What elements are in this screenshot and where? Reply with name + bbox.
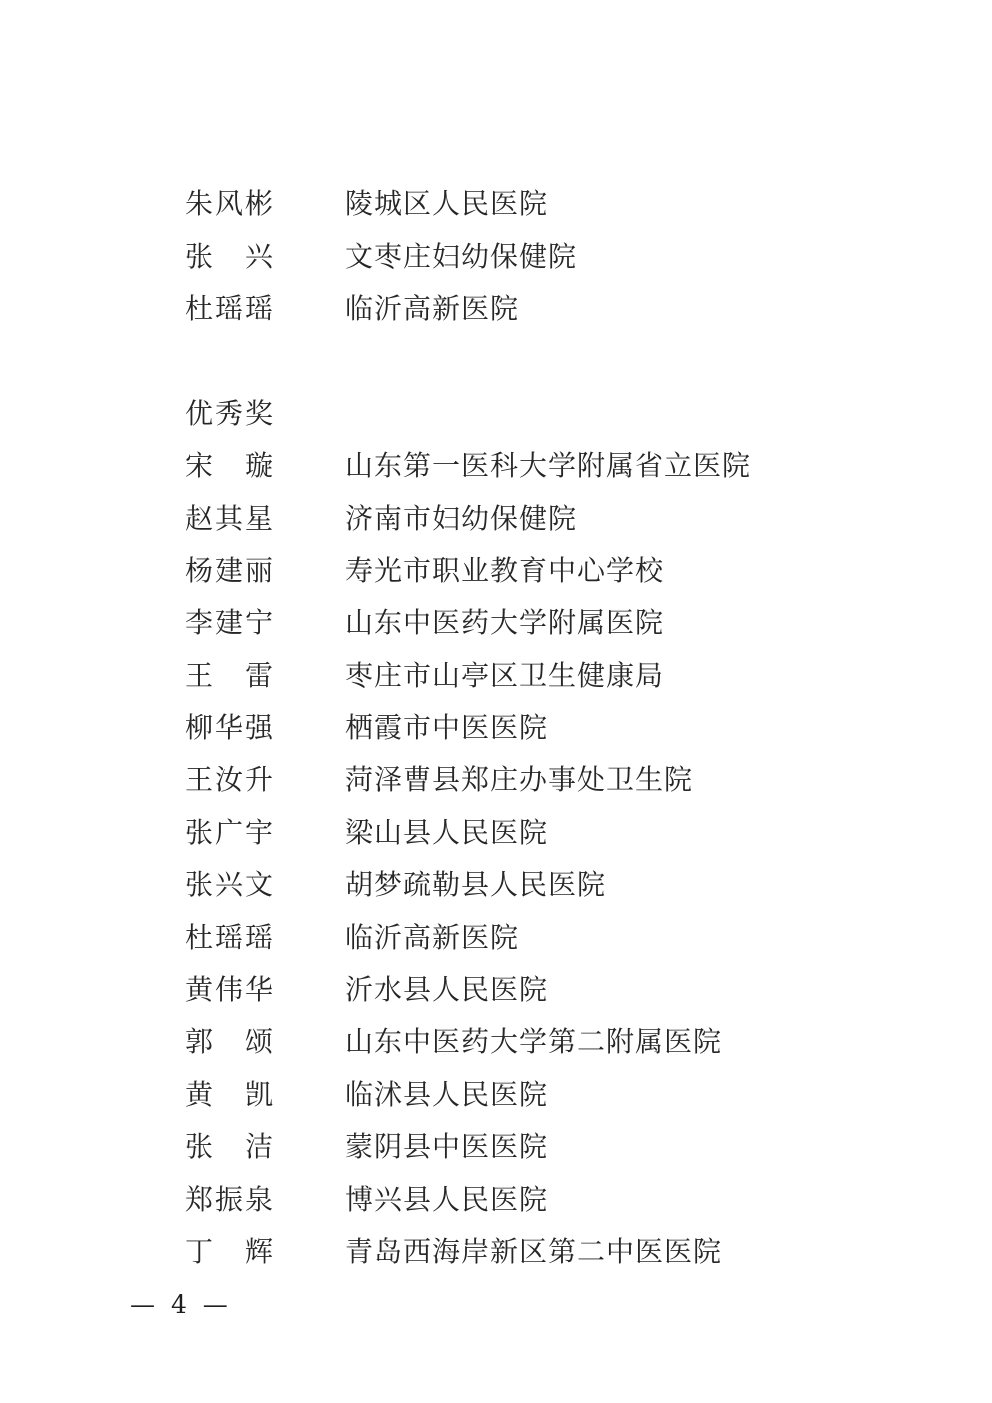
- organization-name: 山东中医药大学第二附属医院: [345, 1020, 722, 1060]
- awardee-name: 赵其星: [185, 497, 345, 537]
- awardee-name: 张广宇: [185, 811, 345, 851]
- organization-name: 胡梦疏勒县人民医院: [345, 863, 606, 903]
- top-entries-group: 朱风彬 陵城区人民医院 张 兴 文枣庄妇幼保健院 杜瑶瑶 临沂高新医院: [185, 176, 952, 333]
- list-item: 杨建丽 寿光市职业教育中心学校: [185, 543, 952, 595]
- awardee-name: 张 洁: [185, 1125, 345, 1165]
- awardee-name: 郭 颂: [185, 1020, 345, 1060]
- organization-name: 蒙阴县中医医院: [345, 1125, 548, 1165]
- excellence-award-entries-group: 宋 璇 山东第一医科大学附属省立医院 赵其星 济南市妇幼保健院 杨建丽 寿光市职…: [185, 438, 952, 1276]
- organization-name: 青岛西海岸新区第二中医医院: [345, 1230, 722, 1270]
- awardee-name: 柳华强: [185, 706, 345, 746]
- organization-name: 陵城区人民医院: [345, 182, 548, 222]
- list-item: 王汝升 菏泽曹县郑庄办事处卫生院: [185, 752, 952, 804]
- section-heading: 优秀奖: [185, 392, 275, 432]
- awardee-name: 杨建丽: [185, 549, 345, 589]
- list-item: 张兴文 胡梦疏勒县人民医院: [185, 857, 952, 909]
- organization-name: 菏泽曹县郑庄办事处卫生院: [345, 758, 693, 798]
- organization-name: 临沂高新医院: [345, 916, 519, 956]
- list-item: 杜瑶瑶 临沂高新医院: [185, 909, 952, 961]
- list-item: 朱风彬 陵城区人民医院: [185, 176, 952, 228]
- organization-name: 寿光市职业教育中心学校: [345, 549, 664, 589]
- organization-name: 山东第一医科大学附属省立医院: [345, 444, 751, 484]
- organization-name: 枣庄市山亭区卫生健康局: [345, 654, 664, 694]
- awardee-name: 张 兴: [185, 235, 345, 275]
- organization-name: 临沭县人民医院: [345, 1073, 548, 1113]
- list-item: 黄 凯 临沭县人民医院: [185, 1067, 952, 1119]
- page-number: — 4 —: [130, 1290, 232, 1319]
- list-item: 郑振泉 博兴县人民医院: [185, 1171, 952, 1223]
- list-item: 李建宁 山东中医药大学附属医院: [185, 595, 952, 647]
- blank-line: [185, 333, 952, 385]
- list-item: 张广宇 梁山县人民医院: [185, 805, 952, 857]
- organization-name: 博兴县人民医院: [345, 1178, 548, 1218]
- list-item: 黄伟华 沂水县人民医院: [185, 962, 952, 1014]
- list-item: 杜瑶瑶 临沂高新医院: [185, 281, 952, 333]
- award-list: 朱风彬 陵城区人民医院 张 兴 文枣庄妇幼保健院 杜瑶瑶 临沂高新医院 优秀奖 …: [185, 176, 952, 1276]
- organization-name: 临沂高新医院: [345, 287, 519, 327]
- list-item: 张 洁 蒙阴县中医医院: [185, 1119, 952, 1171]
- organization-name: 山东中医药大学附属医院: [345, 601, 664, 641]
- awardee-name: 张兴文: [185, 863, 345, 903]
- section-heading-row: 优秀奖: [185, 386, 952, 438]
- organization-name: 济南市妇幼保健院: [345, 497, 577, 537]
- list-item: 张 兴 文枣庄妇幼保健院: [185, 228, 952, 280]
- awardee-name: 杜瑶瑶: [185, 287, 345, 327]
- organization-name: 文枣庄妇幼保健院: [345, 235, 577, 275]
- organization-name: 栖霞市中医医院: [345, 706, 548, 746]
- document-page: 朱风彬 陵城区人民医院 张 兴 文枣庄妇幼保健院 杜瑶瑶 临沂高新医院 优秀奖 …: [0, 0, 992, 1403]
- awardee-name: 黄伟华: [185, 968, 345, 1008]
- awardee-name: 王汝升: [185, 758, 345, 798]
- awardee-name: 丁 辉: [185, 1230, 345, 1270]
- awardee-name: 郑振泉: [185, 1178, 345, 1218]
- awardee-name: 宋 璇: [185, 444, 345, 484]
- list-item: 王 雷 枣庄市山亭区卫生健康局: [185, 648, 952, 700]
- list-item: 丁 辉 青岛西海岸新区第二中医医院: [185, 1224, 952, 1276]
- awardee-name: 杜瑶瑶: [185, 916, 345, 956]
- awardee-name: 黄 凯: [185, 1073, 345, 1113]
- awardee-name: 王 雷: [185, 654, 345, 694]
- organization-name: 梁山县人民医院: [345, 811, 548, 851]
- list-item: 柳华强 栖霞市中医医院: [185, 700, 952, 752]
- awardee-name: 李建宁: [185, 601, 345, 641]
- list-item: 赵其星 济南市妇幼保健院: [185, 490, 952, 542]
- organization-name: 沂水县人民医院: [345, 968, 548, 1008]
- list-item: 郭 颂 山东中医药大学第二附属医院: [185, 1014, 952, 1066]
- list-item: 宋 璇 山东第一医科大学附属省立医院: [185, 438, 952, 490]
- awardee-name: 朱风彬: [185, 182, 345, 222]
